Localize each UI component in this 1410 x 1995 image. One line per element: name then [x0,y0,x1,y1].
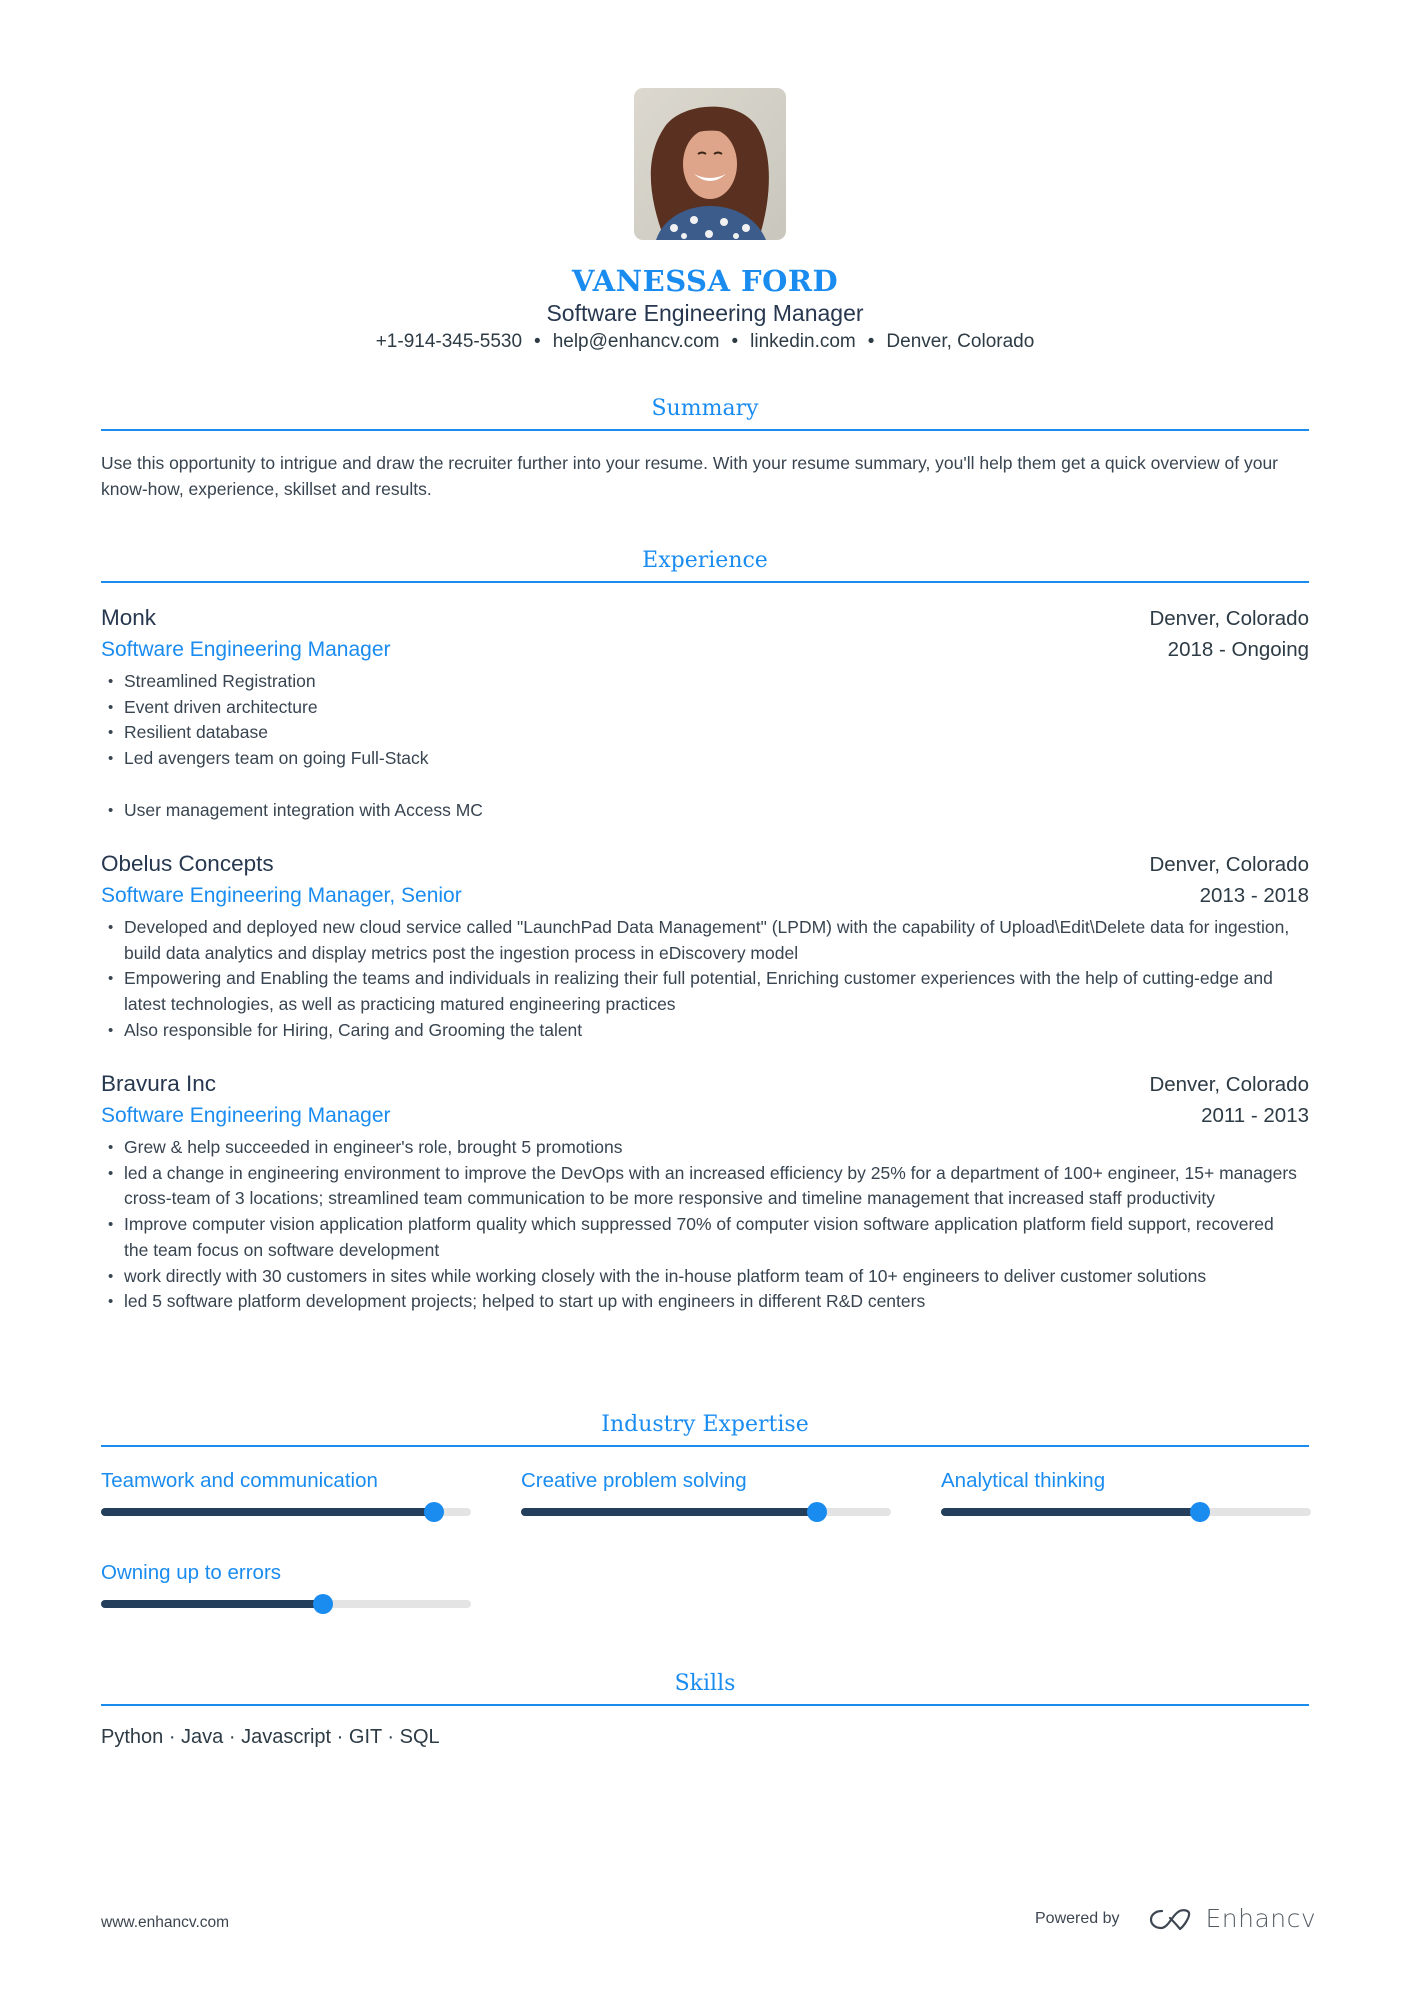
job-role: Software Engineering Manager [101,1100,391,1131]
bullet-item: •Empowering and Enabling the teams and i… [101,966,1291,1017]
bullet-text: Resilient database [124,722,268,742]
contact-info: +1-914-345-5530•help@enhancv.com•linkedi… [101,331,1309,353]
job-bullets: •Grew & help succeeded in engineer's rol… [101,1135,1301,1315]
skill-item: SQL [400,1726,440,1748]
separator: • [534,331,541,352]
skills-list: Python · Java · Javascript · GIT · SQL [101,1726,440,1749]
bullet-icon: • [108,1264,113,1290]
slider-handle[interactable] [807,1502,827,1522]
skill-separator: · [163,1726,181,1748]
bullet-text: Led avengers team on going Full-Stack [124,748,428,768]
company-name: Monk [101,602,156,633]
job-dates: 2018 - Ongoing [1168,634,1309,665]
slider-fill [101,1600,323,1608]
expertise-level-slider[interactable] [101,1600,471,1608]
bullet-item: •led a change in engineering environment… [101,1161,1301,1212]
job-location: Denver, Colorado [1149,849,1309,880]
slider-fill [101,1508,434,1516]
slider-handle[interactable] [424,1502,444,1522]
bullet-text: Event driven architecture [124,697,318,717]
section-title-skills: Skills [101,1671,1309,1706]
bullet-text: Improve computer vision application plat… [124,1214,1274,1260]
company-name: Obelus Concepts [101,848,274,879]
bullet-text: Also responsible for Hiring, Caring and … [124,1020,582,1040]
expertise-label: Owning up to errors [101,1558,471,1588]
bullet-item: •Grew & help succeeded in engineer's rol… [101,1135,1301,1161]
bullet-icon: • [108,695,113,721]
slider-fill [521,1508,817,1516]
profile-photo [634,88,786,240]
job-entry: Monk Denver, Colorado Software Engineeri… [101,602,1309,823]
bullet-item: •Improve computer vision application pla… [101,1212,1301,1263]
bullet-icon: • [108,669,113,695]
separator: • [868,331,875,352]
bullet-text: User management integration with Access … [124,800,483,820]
bullet-icon: • [108,1135,113,1161]
expertise-level-slider[interactable] [101,1508,471,1516]
bullet-text: Empowering and Enabling the teams and in… [124,968,1273,1014]
expertise-item: Creative problem solving [521,1466,891,1516]
candidate-name: VANESSA FORD [101,264,1309,298]
bullet-item: •Led avengers team on going Full-Stack [101,746,1309,772]
bullet-text: Developed and deployed new cloud service… [124,917,1289,963]
powered-by-label: Powered by [1035,1910,1120,1928]
expertise-item: Owning up to errors [101,1558,471,1608]
bullet-icon: • [108,1212,113,1238]
bullet-text: led 5 software platform development proj… [124,1291,925,1311]
bullet-item: •Also responsible for Hiring, Caring and… [101,1018,1291,1044]
expertise-item: Analytical thinking [941,1466,1311,1516]
slider-handle[interactable] [313,1594,333,1614]
bullet-text: Grew & help succeeded in engineer's role… [124,1137,623,1157]
separator: • [732,331,739,352]
bullet-item: •led 5 software platform development pro… [101,1289,1301,1315]
job-dates: 2013 - 2018 [1200,880,1309,911]
skill-separator: · [223,1726,241,1748]
bullet-icon: • [108,798,113,824]
job-location: Denver, Colorado [1149,603,1309,634]
location: Denver, Colorado [886,331,1034,352]
bullet-icon: • [108,1018,113,1044]
bullet-icon: • [108,915,113,941]
skill-item: Javascript [241,1726,331,1748]
bullet-item: •Streamlined Registration [101,669,1309,695]
expertise-label: Creative problem solving [521,1466,891,1496]
section-title-experience: Experience [101,548,1309,583]
expertise-item: Teamwork and communication [101,1466,471,1516]
footer-website-link[interactable]: www.enhancv.com [101,1914,229,1932]
skill-item: Python [101,1726,163,1748]
expertise-label: Analytical thinking [941,1466,1311,1496]
bullet-icon: • [108,1289,113,1315]
section-title-summary: Summary [101,396,1309,431]
skill-separator: · [331,1726,349,1748]
email[interactable]: help@enhancv.com [553,331,720,352]
powered-by-enhancv[interactable]: Powered by Enhancv [1035,1904,1316,1933]
job-bullets: •Streamlined Registration•Event driven a… [101,669,1309,823]
slider-fill [941,1508,1200,1516]
bullet-item: •work directly with 30 customers in site… [101,1264,1301,1290]
profile-photo-image [634,88,786,240]
bullet-icon: • [108,1161,113,1187]
phone[interactable]: +1-914-345-5530 [376,331,522,352]
bullet-text: work directly with 30 customers in sites… [124,1266,1206,1286]
job-dates: 2011 - 2013 [1201,1100,1309,1131]
linkedin[interactable]: linkedin.com [750,331,856,352]
company-name: Bravura Inc [101,1068,216,1099]
bullet-text: led a change in engineering environment … [124,1163,1297,1209]
expertise-level-slider[interactable] [521,1508,891,1516]
job-entry: Obelus Concepts Denver, Colorado Softwar… [101,848,1309,1044]
slider-handle[interactable] [1190,1502,1210,1522]
bullet-icon: • [108,966,113,992]
candidate-headline: Software Engineering Manager [101,300,1309,327]
skill-separator: · [382,1726,400,1748]
bullet-item [101,772,1309,798]
enhancv-brand: Enhancv [1206,1904,1317,1933]
job-location: Denver, Colorado [1149,1069,1309,1100]
summary-text: Use this opportunity to intrigue and dra… [101,451,1309,502]
bullet-icon: • [108,746,113,772]
bullet-item: •Developed and deployed new cloud servic… [101,915,1291,966]
section-title-industry-expertise: Industry Expertise [101,1412,1309,1447]
expertise-label: Teamwork and communication [101,1466,471,1496]
bullet-item: •User management integration with Access… [101,798,1309,824]
job-bullets: •Developed and deployed new cloud servic… [101,915,1291,1044]
bullet-text: Streamlined Registration [124,671,316,691]
bullet-icon: • [108,720,113,746]
bullet-item: •Resilient database [101,720,1309,746]
job-role: Software Engineering Manager, Senior [101,880,462,911]
skill-item: GIT [349,1726,382,1748]
bullet-item: •Event driven architecture [101,695,1309,721]
enhancv-logo-icon [1148,1906,1194,1932]
skill-item: Java [181,1726,223,1748]
job-entry: Bravura Inc Denver, Colorado Software En… [101,1068,1309,1315]
job-role: Software Engineering Manager [101,634,391,665]
expertise-level-slider[interactable] [941,1508,1311,1516]
